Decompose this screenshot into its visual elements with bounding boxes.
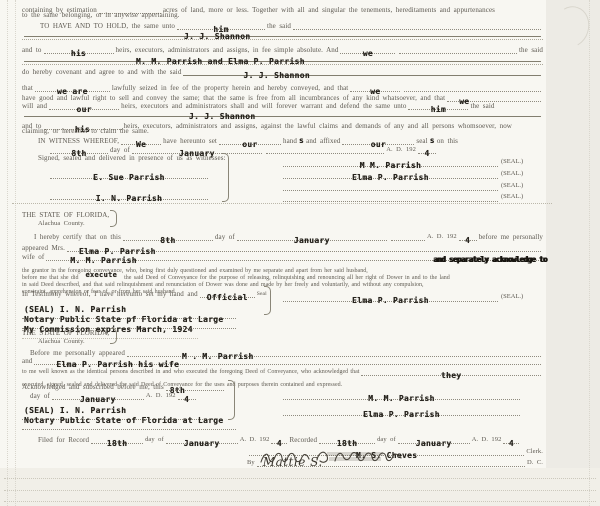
seal-label: (SEAL.) xyxy=(501,170,523,177)
signature-rule: J. J. Shannon xyxy=(24,107,541,117)
blank-month: January xyxy=(166,434,238,444)
scan-artifact-line xyxy=(4,490,596,491)
printed-text: D. C. xyxy=(527,459,543,467)
signature-line-blank xyxy=(283,191,498,202)
line-certify: I hereby certify that on this 8th day of… xyxy=(22,231,543,241)
blank-month: January xyxy=(52,390,144,400)
line-covenant: do hereby covenant and agree to and with… xyxy=(22,66,543,76)
printed-text: In Testimony whereof, I have hereunto se… xyxy=(22,290,198,298)
typed-notary-title: Notary Public State of Florida at Large xyxy=(24,416,224,425)
fold-line-right xyxy=(589,0,590,506)
blank-we: we xyxy=(350,82,400,92)
blank-year: 4 xyxy=(271,434,287,444)
signature-line: Elma P. Parrish xyxy=(283,168,498,179)
printed-text: A. D. 192 xyxy=(240,436,270,444)
blank-we-are: we are xyxy=(35,82,110,92)
blank-year: 4 xyxy=(418,144,436,154)
signature-rule: J. J. Shannon xyxy=(24,27,541,37)
blank-day: 18th xyxy=(319,434,375,444)
witness-line: E. Sue Parrish xyxy=(50,168,208,179)
printed-text: do hereby covenant and agree to and with… xyxy=(22,68,181,76)
blank-day: 8th xyxy=(50,144,108,154)
printed-text: day of xyxy=(215,233,235,241)
line-notary-title-2: Notary Public State of Florida at Large xyxy=(22,410,543,430)
seal-label: (SEAL.) xyxy=(501,182,523,189)
line-county-1: Alachua County. xyxy=(22,220,543,228)
printed-text: Filed for Record xyxy=(38,436,89,444)
line-seized: that we are lawfully seized in fee of th… xyxy=(22,82,543,92)
printed-text: THE STATE OF FLORIDA, xyxy=(22,329,109,337)
line-state-2: THE STATE OF FLORIDA, xyxy=(22,329,543,337)
printed-text: day of xyxy=(30,392,50,400)
printed-text: By xyxy=(247,459,255,467)
signature-line-blank xyxy=(283,180,498,191)
fold-line-left-2 xyxy=(15,0,16,506)
line-claiming: claiming, or hereafter to claim the same… xyxy=(22,127,543,135)
typed-overstrike: and separately acknowledge to xyxy=(433,255,547,264)
printed-text: claiming, or hereafter to claim the same… xyxy=(22,127,149,135)
line-and-wife: and Elma P. Parrish his wife xyxy=(22,355,543,365)
deed-document-scan: containing by estimation acres of land, … xyxy=(0,0,600,506)
printed-text: day of xyxy=(377,436,396,444)
blank-underline xyxy=(391,231,425,241)
printed-text: and xyxy=(22,357,32,365)
line-state-1: THE STATE OF FLORIDA, xyxy=(22,211,543,219)
blank-month: January xyxy=(237,231,387,241)
line-grantee-3: J. J. Shannon xyxy=(22,107,543,117)
printed-text: that xyxy=(22,84,33,92)
section-separator xyxy=(12,203,552,204)
blank-day: 18th xyxy=(91,434,143,444)
blank-month: January xyxy=(398,434,470,444)
underline: Notary Public State of Florida at Large xyxy=(22,410,236,430)
blank-year: 4 xyxy=(459,231,477,241)
form-rule xyxy=(22,64,543,65)
line-ack-date: day of January A. D. 192 4 xyxy=(22,390,230,400)
printed-text: Alachua County. xyxy=(38,338,85,346)
signature-rule: J. J. Shannon xyxy=(183,66,541,76)
printed-text: A. D. 192 xyxy=(146,392,176,400)
scan-artifact-line xyxy=(4,478,596,479)
printed-text: before me personally xyxy=(479,233,543,241)
scan-artifact-line xyxy=(4,501,596,502)
blank-underline xyxy=(404,82,541,92)
blank-year: 4 xyxy=(503,434,519,444)
line-belonging: to the same belonging, or in anywise app… xyxy=(22,11,543,19)
printed-text: day of xyxy=(110,146,130,154)
signature-line: M M. Parrish xyxy=(283,156,498,167)
printed-text: Alachua County. xyxy=(38,220,85,228)
witness-bracket xyxy=(222,153,229,202)
printed-text: to the same belonging, or in anywise app… xyxy=(22,11,180,19)
printed-text: Signed, sealed and delivered in presence… xyxy=(38,154,226,162)
typed-entry: January xyxy=(184,440,220,448)
blank-day: 8th xyxy=(123,231,213,241)
printed-text: Recorded xyxy=(289,436,317,444)
blank-month: January xyxy=(132,144,262,154)
line-county-2: Alachua County. xyxy=(22,338,543,346)
deputy-signature-scribble xyxy=(257,448,447,466)
printed-text: A. D. 192 xyxy=(472,436,502,444)
blank-year: 4 xyxy=(178,390,196,400)
deputy-signature-line: Mattie S. xyxy=(257,452,525,467)
line-execution-date: 8th day of January A. D. 192 4 xyxy=(22,144,543,154)
seal-label: (SEAL.) xyxy=(501,193,523,200)
printed-text: A. D. 192 xyxy=(427,233,457,241)
form-rule xyxy=(22,39,543,40)
fold-line-left-1 xyxy=(7,0,8,506)
printed-text: day of xyxy=(145,436,164,444)
blank-underline: Elma P. Parrish his wife xyxy=(34,355,541,365)
line-grantee-1: J. J. Shannon xyxy=(22,27,543,37)
printed-text: I hereby certify that on this xyxy=(34,233,121,241)
typed-witness: I. N. Parrish xyxy=(96,194,163,203)
witness-line: I. N. Parrish xyxy=(50,189,208,200)
printed-text: lawfully seized in fee of the property h… xyxy=(112,84,348,92)
scan-right-margin xyxy=(546,0,600,506)
line-grantors: M. M. Parrish and Elma P. Parrish xyxy=(22,52,543,62)
line-filed-recorded: Filed for Record 18th day of January A. … xyxy=(22,434,543,444)
typed-witness: E. Sue Parrish xyxy=(93,173,165,182)
blank-official: Official xyxy=(200,288,255,298)
printed-text: THE STATE OF FLORIDA, xyxy=(22,211,109,219)
signature-rule: M. M. Parrish and Elma P. Parrish xyxy=(24,52,541,62)
blank-underline xyxy=(266,144,384,154)
line-deputy: By Mattie S. D. C. xyxy=(247,452,543,467)
signature-line: M. M. Parrish xyxy=(283,389,520,400)
printed-text: A. D. 192 xyxy=(386,146,416,154)
seal-label: (SEAL.) xyxy=(501,158,523,165)
typed-entry: 18th xyxy=(107,440,127,448)
typed-grantee-name: J. J. Shannon xyxy=(243,72,310,80)
